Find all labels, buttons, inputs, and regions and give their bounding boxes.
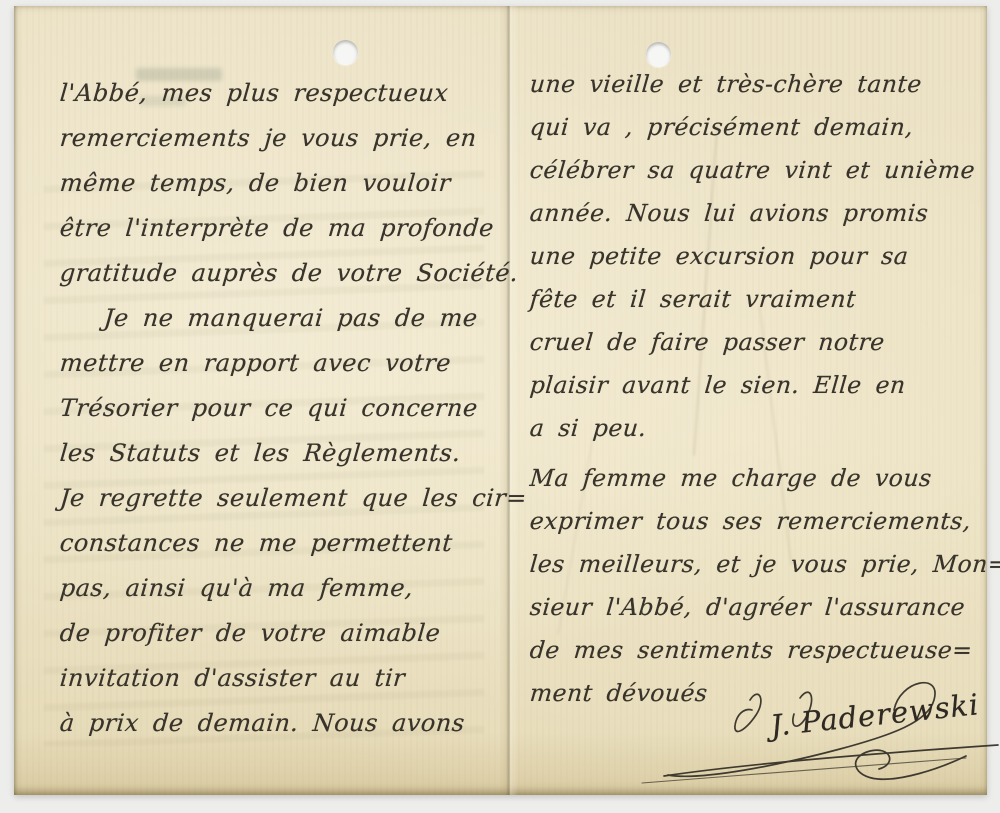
handwritten-line: être l'interprète de ma profonde bbox=[58, 205, 514, 250]
handwritten-line: l'Abbé, mes plus respectueux bbox=[58, 70, 514, 115]
handwritten-line: année. Nous lui avions promis bbox=[528, 191, 994, 234]
handwritten-line: constances ne me permettent bbox=[58, 520, 514, 565]
handwritten-line: gratitude auprès de votre Société. bbox=[58, 250, 514, 295]
handwritten-line: une petite excursion pour sa bbox=[528, 234, 994, 277]
handwritten-line: sieur l'Abbé, d'agréer l'assurance bbox=[528, 585, 994, 628]
handwritten-line: de profiter de votre aimable bbox=[58, 610, 514, 655]
signature-flourish bbox=[632, 658, 1000, 798]
handwritten-line: Trésorier pour ce qui concerne bbox=[58, 385, 514, 430]
handwritten-line: qui va , précisément demain, bbox=[528, 105, 994, 148]
handwritten-line: Ma femme me charge de vous bbox=[528, 456, 994, 499]
page-left: l'Abbé, mes plus respectueux remerciemen… bbox=[60, 70, 512, 745]
handwritten-line: fête et il serait vraiment bbox=[528, 277, 994, 320]
letter-scan: l'Abbé, mes plus respectueux remerciemen… bbox=[0, 0, 1000, 813]
handwritten-line: a si peu. bbox=[528, 406, 994, 449]
handwritten-line: même temps, de bien vouloir bbox=[58, 160, 514, 205]
handwritten-line: Je regrette seulement que les cir= bbox=[58, 475, 514, 520]
letter-paper: l'Abbé, mes plus respectueux remerciemen… bbox=[14, 6, 987, 795]
handwritten-line: mettre en rapport avec votre bbox=[58, 340, 514, 385]
handwritten-line: exprimer tous ses remerciements, bbox=[528, 499, 994, 542]
handwritten-line: invitation d'assister au tir bbox=[58, 655, 514, 700]
handwritten-line: une vieille et très-chère tante bbox=[528, 62, 994, 105]
handwritten-line: les Statuts et les Règlements. bbox=[58, 430, 514, 475]
handwritten-line: pas, ainsi qu'à ma femme, bbox=[58, 565, 514, 610]
page-right: une vieille et très-chère tante qui va ,… bbox=[530, 62, 992, 714]
handwritten-line: remerciements je vous prie, en bbox=[58, 115, 514, 160]
handwritten-line: les meilleurs, et je vous prie, Mon= bbox=[528, 542, 994, 585]
handwritten-line: cruel de faire passer notre bbox=[528, 320, 994, 363]
handwritten-line: célébrer sa quatre vint et unième bbox=[528, 148, 994, 191]
handwritten-line: à prix de demain. Nous avons bbox=[58, 700, 514, 745]
handwritten-line: Je ne manquerai pas de me bbox=[58, 295, 514, 340]
punch-hole-left bbox=[333, 40, 358, 65]
handwritten-line: plaisir avant le sien. Elle en bbox=[528, 363, 994, 406]
